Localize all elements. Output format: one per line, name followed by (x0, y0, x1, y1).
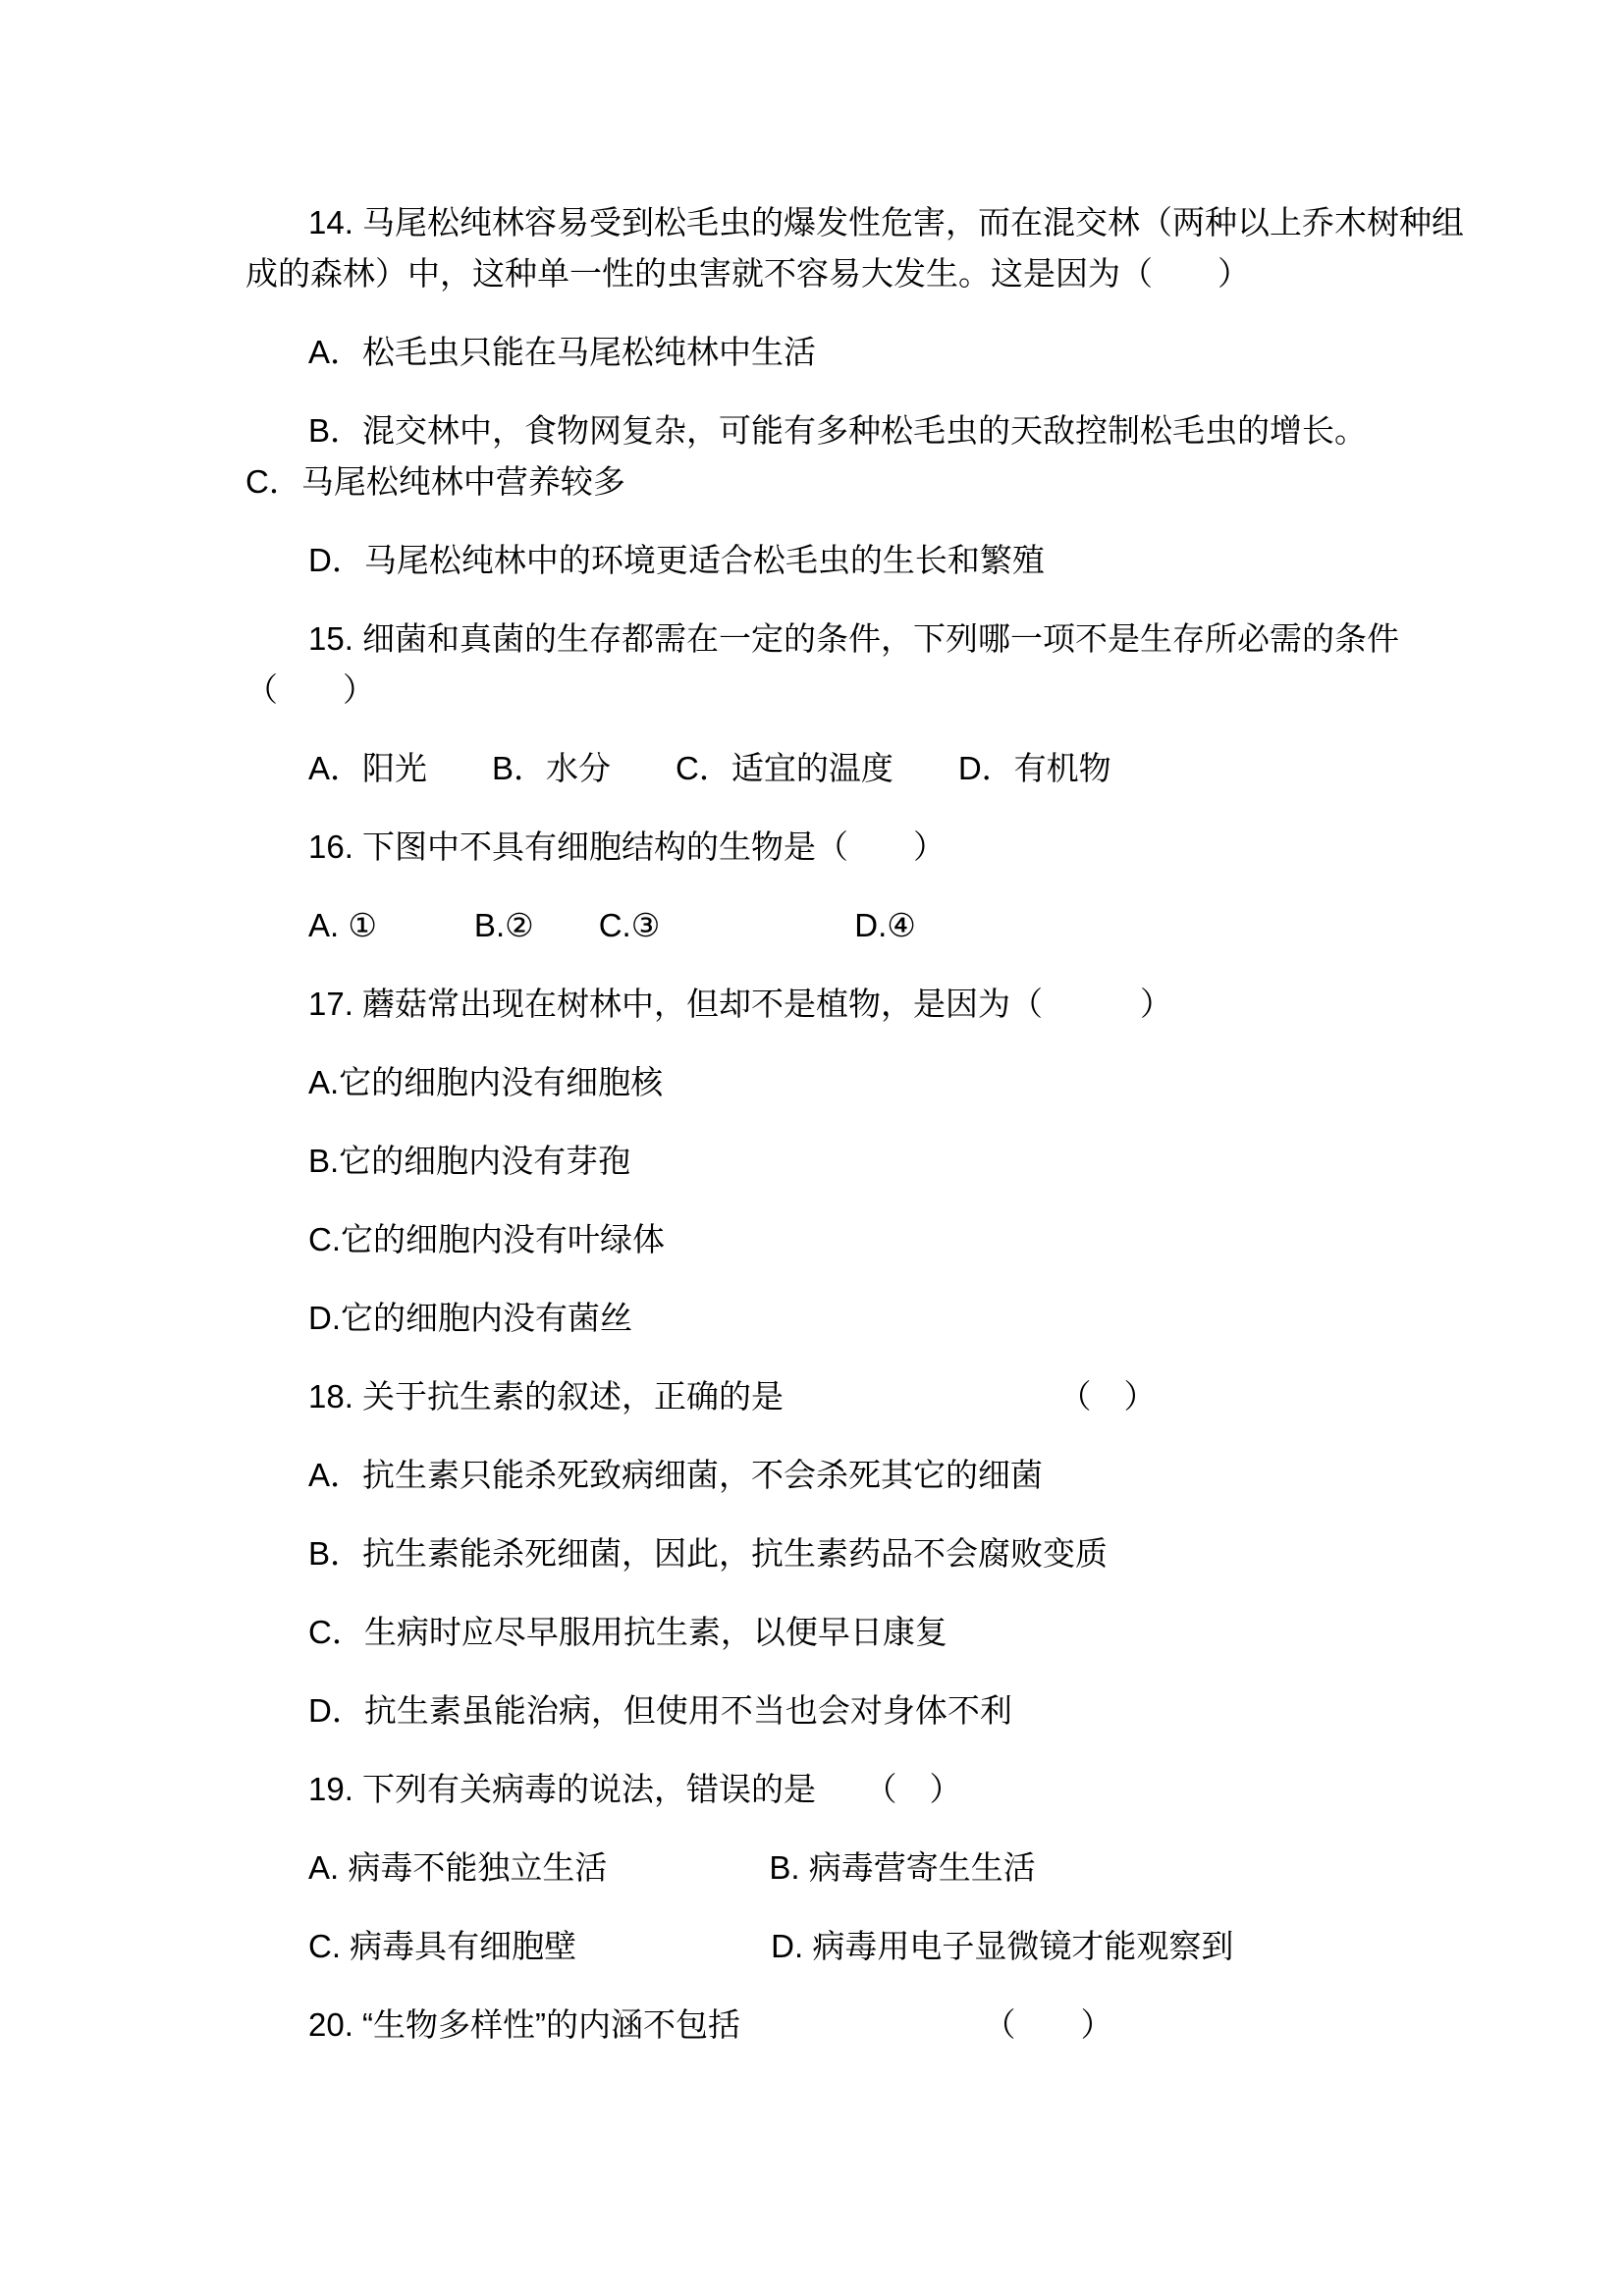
q19-options-row-ab: A. 病毒不能独立生活 B. 病毒营寄生生活 (245, 1848, 1506, 1888)
q19-stem: 19. 下列有关病毒的说法，错误的是 （ ） (245, 1770, 1506, 1809)
q15-options-row: A．阳光 B．水分 C．适宜的温度 D．有机物 (245, 749, 1506, 788)
q14-option-b: B．混交林中，食物网复杂，可能有多种松毛虫的天敌控制松毛虫的增长。 (245, 411, 1506, 451)
q14-stem-line-1: 14. 马尾松纯林容易受到松毛虫的爆发性危害，而在混交林（两种以上乔木树种组 (245, 203, 1506, 242)
q18-stem: 18. 关于抗生素的叙述，正确的是 （ ） (245, 1377, 1506, 1416)
q16-options-row: A. ① B.② C.③ D.④ (245, 906, 1506, 945)
q14-option-d: D．马尾松纯林中的环境更适合松毛虫的生长和繁殖 (245, 541, 1506, 580)
q15-stem-line-1: 15. 细菌和真菌的生存都需在一定的条件，下列哪一项不是生存所必需的条件 (245, 619, 1506, 659)
q14-stem-line-2: 成的森林）中，这种单一性的虫害就不容易大发生。这是因为（ ） (245, 254, 1506, 294)
q20-stem: 20. “生物多样性”的内涵不包括 （ ） (245, 2005, 1506, 2045)
q15-stem-line-2: （ ） (245, 670, 1506, 710)
q16-stem: 16. 下图中不具有细胞结构的生物是（ ） (245, 828, 1506, 867)
q17-stem: 17. 蘑菇常出现在树林中，但却不是植物，是因为（ ） (245, 985, 1506, 1024)
q18-option-d: D．抗生素虽能治病，但使用不当也会对身体不利 (245, 1691, 1506, 1731)
exam-document-page: 14. 马尾松纯林容易受到松毛虫的爆发性危害，而在混交林（两种以上乔木树种组 成… (0, 0, 1624, 2296)
q14-option-a: A．松毛虫只能在马尾松纯林中生活 (245, 333, 1506, 372)
q14-option-c: C．马尾松纯林中营养较多 (245, 462, 1506, 502)
exam-text-block: 14. 马尾松纯林容易受到松毛虫的爆发性危害，而在混交林（两种以上乔木树种组 成… (0, 0, 1624, 2045)
q17-option-d: D.它的细胞内没有菌丝 (245, 1299, 1506, 1338)
q17-option-c: C.它的细胞内没有叶绿体 (245, 1220, 1506, 1259)
q18-option-a: A．抗生素只能杀死致病细菌，不会杀死其它的细菌 (245, 1456, 1506, 1495)
q17-option-a: A.它的细胞内没有细胞核 (245, 1063, 1506, 1102)
q18-option-b: B．抗生素能杀死细菌，因此，抗生素药品不会腐败变质 (245, 1534, 1506, 1574)
q19-options-row-cd: C. 病毒具有细胞壁 D. 病毒用电子显微镜才能观察到 (245, 1927, 1506, 1966)
q17-option-b: B.它的细胞内没有芽孢 (245, 1142, 1506, 1181)
q18-option-c: C．生病时应尽早服用抗生素，以便早日康复 (245, 1613, 1506, 1652)
